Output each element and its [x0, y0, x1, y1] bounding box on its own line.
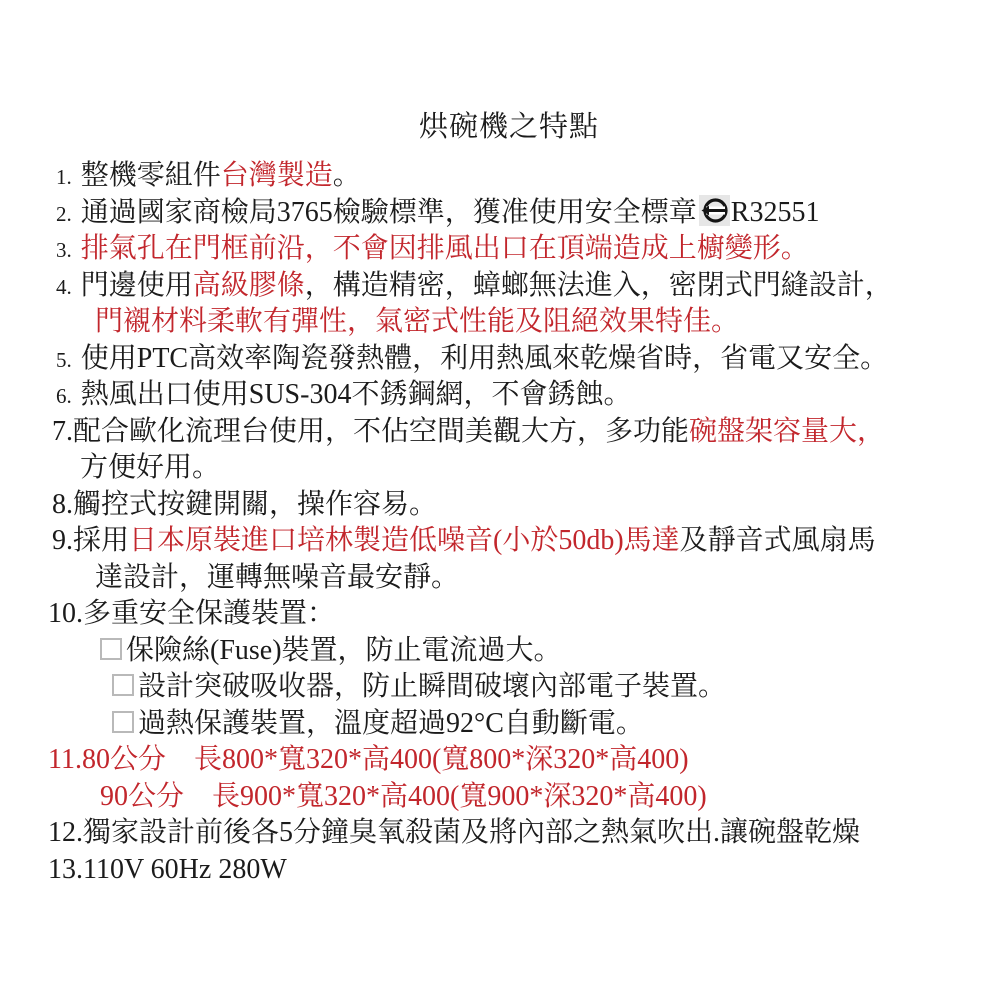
text-segment: 獨家設計前後各5分鐘臭氧殺菌及將內部之熱氣吹出.讓碗盤乾燥	[83, 817, 860, 848]
text-segment: 設計突破吸收器，防止瞬間破壞內部電子裝置。	[138, 671, 726, 702]
text-segment: 方便好用。	[80, 452, 220, 483]
feature-4-line-1: 4.門邊使用高級膠條，構造精密，蟑螂無法進入，密閉式門縫設計，	[48, 268, 970, 305]
text-segment: 多重安全保護裝置：	[83, 598, 335, 629]
feature-list: 1.整機零組件台灣製造。2.通過國家商檢局3765檢驗標準，獲准使用安全標章R3…	[48, 158, 970, 888]
item-number: 5.	[56, 348, 72, 372]
text-segment: 整機零組件	[81, 160, 221, 191]
item-number: 11.	[48, 744, 82, 775]
text-segment: 及靜音式風扇馬	[680, 525, 876, 556]
text-segment: 熱風出口使用SUS-304不銹鋼網，不會銹蝕。	[81, 379, 632, 410]
item-number: 13.	[48, 854, 83, 885]
feature-1: 1.整機零組件台灣製造。	[48, 158, 970, 195]
text-segment: 90公分 長900*寬320*高400(寬900*深320*高400)	[100, 781, 707, 812]
text-segment: ，構造精密，蟑螂無法進入，密閉式門縫設計，	[305, 270, 893, 301]
text-segment: 觸控式按鍵開關，操作容易。	[73, 489, 437, 520]
feature-6: 6.熱風出口使用SUS-304不銹鋼網，不會銹蝕。	[48, 377, 970, 414]
item-number: 4.	[56, 275, 72, 299]
feature-9-line-2: 達設計，運轉無噪音最安靜。	[48, 560, 970, 597]
page-title: 烘碗機之特點	[48, 106, 970, 148]
item-number: 7.	[52, 416, 73, 447]
text-segment: 排氣孔在門框前沿，不會因排風出口在頂端造成上櫥變形。	[81, 233, 809, 264]
feature-10-sub-3: 過熱保護裝置，溫度超過92°C自動斷電。	[48, 706, 970, 743]
square-bullet-icon	[112, 674, 134, 696]
text-segment: 保險絲(Fuse)裝置，防止電流過大。	[126, 635, 562, 666]
feature-3: 3.排氣孔在門框前沿，不會因排風出口在頂端造成上櫥變形。	[48, 231, 970, 268]
text-segment: 通過國家商檢局3765檢驗標準，獲准使用安全標章	[81, 197, 697, 228]
item-number: 1.	[56, 165, 72, 189]
feature-4-line-2: 門襯材料柔軟有彈性，氣密式性能及阻絕效果特佳。	[48, 304, 970, 341]
text-segment: 配合歐化流理台使用，不佔空間美觀大方，多功能	[73, 416, 689, 447]
text-segment: 門襯材料柔軟有彈性，氣密式性能及阻絕效果特佳。	[95, 306, 739, 337]
text-segment: 使用PTC高效率陶瓷發熱體，利用熱風來乾燥省時，省電又安全。	[81, 343, 888, 374]
feature-11-line-2: 90公分 長900*寬320*高400(寬900*深320*高400)	[48, 779, 970, 816]
feature-10: 10.多重安全保護裝置：	[48, 596, 970, 633]
feature-12: 12.獨家設計前後各5分鐘臭氧殺菌及將內部之熱氣吹出.讓碗盤乾燥	[48, 815, 970, 852]
feature-8: 8.觸控式按鍵開關，操作容易。	[48, 487, 970, 524]
feature-9-line-1: 9.採用日本原裝進口培林製造低噪音(小於50db)馬達及靜音式風扇馬	[48, 523, 970, 560]
text-segment: 高級膠條	[193, 270, 305, 301]
feature-5: 5.使用PTC高效率陶瓷發熱體，利用熱風來乾燥省時，省電又安全。	[48, 341, 970, 378]
text-segment: 門邊使用	[81, 270, 193, 301]
text-segment: 。	[333, 160, 361, 191]
text-segment: 達設計，運轉無噪音最安靜。	[95, 562, 459, 593]
item-number: 9.	[52, 525, 73, 556]
text-segment: 80公分 長800*寬320*高400(寬800*深320*高400)	[82, 744, 689, 775]
item-number: 12.	[48, 817, 83, 848]
item-number: 6.	[56, 384, 72, 408]
safety-cert-icon	[699, 195, 730, 226]
feature-13: 13.110V 60Hz 280W	[48, 852, 970, 889]
item-number: 3.	[56, 238, 72, 262]
text-segment: 採用	[73, 525, 129, 556]
feature-2: 2.通過國家商檢局3765檢驗標準，獲准使用安全標章R32551	[48, 195, 970, 232]
feature-7-line-2: 方便好用。	[48, 450, 970, 487]
text-segment: 110V 60Hz 280W	[83, 854, 287, 885]
feature-10-sub-2: 設計突破吸收器，防止瞬間破壞內部電子裝置。	[48, 669, 970, 706]
item-number: 2.	[56, 202, 72, 226]
text-segment: R32551	[731, 197, 820, 228]
document-page: 烘碗機之特點 1.整機零組件台灣製造。2.通過國家商檢局3765檢驗標準，獲准使…	[0, 0, 1000, 1000]
text-segment: 台灣製造	[221, 160, 333, 191]
square-bullet-icon	[112, 711, 134, 733]
feature-7-line-1: 7.配合歐化流理台使用，不佔空間美觀大方，多功能碗盤架容量大，	[48, 414, 970, 451]
text-segment: 碗盤架容量大，	[689, 416, 885, 447]
item-number: 8.	[52, 489, 73, 520]
square-bullet-icon	[100, 638, 122, 660]
text-segment: 日本原裝進口培林製造低噪音(小於50db)馬達	[129, 525, 680, 556]
feature-11-line-1: 11.80公分 長800*寬320*高400(寬800*深320*高400)	[48, 742, 970, 779]
item-number: 10.	[48, 598, 83, 629]
feature-10-sub-1: 保險絲(Fuse)裝置，防止電流過大。	[48, 633, 970, 670]
text-segment: 過熱保護裝置，溫度超過92°C自動斷電。	[138, 708, 644, 739]
